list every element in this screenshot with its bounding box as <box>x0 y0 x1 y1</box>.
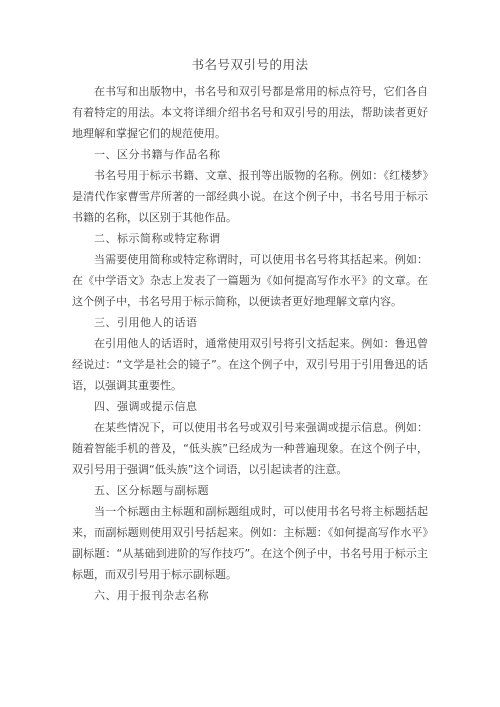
section-paragraph: 在某些情况下，可以使用书名号或双引号来强调或提示信息。例如：随着智能手机的普及，… <box>72 417 428 480</box>
sections-container: 一、区分书籍与作品名称书名号用于标示书籍、文章、报刊等出版物的名称。例如：《红楼… <box>72 144 428 606</box>
section-heading: 四、强调或提示信息 <box>72 396 428 417</box>
section-paragraph: 当需要使用简称或特定称谓时，可以使用书名号将其括起来。例如：在《中学语文》杂志上… <box>72 249 428 312</box>
intro-paragraph: 在书写和出版物中，书名号和双引号都是常用的标点符号，它们各自有着特定的用法。本文… <box>72 81 428 144</box>
section-paragraph: 书名号用于标示书籍、文章、报刊等出版物的名称。例如：《红楼梦》是清代作家曹雪芹所… <box>72 165 428 228</box>
section-heading: 二、标示简称或特定称谓 <box>72 228 428 249</box>
section-heading: 五、区分标题与副标题 <box>72 480 428 501</box>
section-paragraph: 当一个标题由主标题和副标题组成时，可以使用书名号将主标题括起来，而副标题则使用双… <box>72 501 428 585</box>
section-heading: 一、区分书籍与作品名称 <box>72 144 428 165</box>
section-heading: 六、用于报刊杂志名称 <box>72 585 428 606</box>
document-page: 书名号双引号的用法 在书写和出版物中，书名号和双引号都是常用的标点符号，它们各自… <box>0 0 500 707</box>
section-heading: 三、引用他人的话语 <box>72 312 428 333</box>
section-paragraph: 在引用他人的话语时，通常使用双引号将引文括起来。例如：鲁迅曾经说过：“文学是社会… <box>72 333 428 396</box>
document-title: 书名号双引号的用法 <box>72 54 428 75</box>
